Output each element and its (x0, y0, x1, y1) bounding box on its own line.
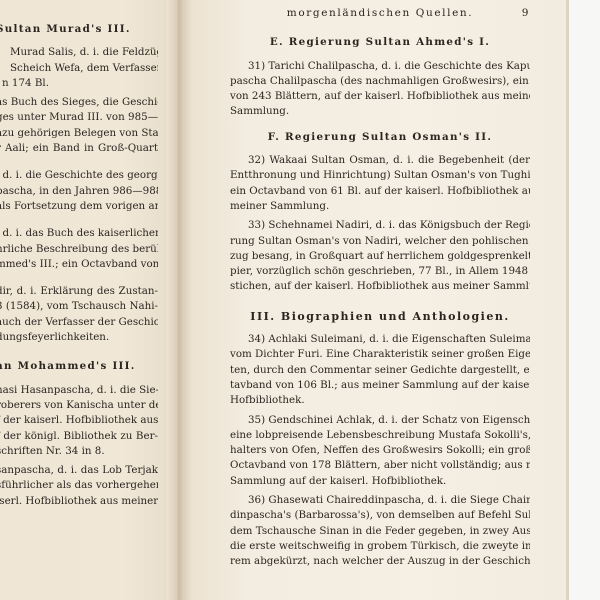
entry: as Buch des Sieges, die Geschich- ges un… (0, 95, 158, 156)
background (568, 0, 600, 600)
entry: Murad Salis, d. i. die Feldzüge Scheich … (0, 45, 158, 91)
text-line: ges unter Murad III. von 985— (0, 110, 158, 125)
text-line: Scheich Wefa, dem Verfasser des (0, 61, 158, 76)
entry-35: 35) Gendschinei Achlak, d. i. der Schatz… (230, 413, 530, 489)
text-line: als Fortsetzung dem vorigen an; (0, 199, 158, 214)
entry: sanpascha, d. i. das Lob Terjak sführlic… (0, 463, 158, 509)
text-line: n 174 Bl. (0, 76, 158, 91)
text-line: pier, vorzüglich schön geschrieben, 77 B… (230, 264, 530, 279)
entry-31: 31) Tarichi Chalilpascha, d. i. die Gesc… (230, 59, 530, 120)
text-line: Octavband von 178 Blättern, aber nicht v… (230, 458, 530, 473)
text-line: dinpascha's (Barbarossa's), von demselbe… (230, 508, 530, 523)
text-line: Entthronung und Hinrichtung) Sultan Osma… (230, 168, 530, 183)
text-line: sführlicher als das vorhergehende, (0, 478, 158, 493)
text-line: 36) Ghasewati Chaireddinpascha, d. i. di… (230, 493, 530, 508)
section-heading: E. Regierung Sultan Ahmed's I. (230, 35, 530, 50)
entry-36: 36) Ghasewati Chaireddinpascha, d. i. di… (230, 493, 530, 569)
entry: dir, d. i. Erklärung des Zustan- 3 (1584… (0, 284, 158, 345)
text-line: f der königl. Bibliothek zu Ber- (0, 429, 158, 444)
entry-32: 32) Wakaai Sultan Osman, d. i. die Begeb… (230, 153, 530, 214)
text-line: Hofbibliothek. (230, 393, 530, 408)
text-line: meiner Sammlung. (230, 199, 530, 214)
section-heading: Sultan Murad's III. (0, 22, 158, 37)
text-line: , d. i. die Geschichte des georgi- (0, 168, 158, 183)
text-line: 32) Wakaai Sultan Osman, d. i. die Begeb… (230, 153, 530, 168)
text-line: pascha Chalilpascha (des nachmahligen Gr… (230, 74, 530, 89)
text-line: mmed's III.; ein Octavband von (0, 257, 158, 272)
text-line: 31) Tarichi Chalilpascha, d. i. die Gesc… (230, 59, 530, 74)
text-line: dungsfeyerlichkeiten. (0, 330, 158, 345)
text-line: sanpascha, d. i. das Lob Terjak (0, 463, 158, 478)
text-line: von 243 Blättern, auf der kaiserl. Hofbi… (230, 89, 530, 104)
text-line: f der kaiserl. Hofbibliothek aus (0, 413, 158, 428)
text-line: , d. i. das Buch des kaiserlichen (0, 226, 158, 241)
page-number: 9 (522, 6, 530, 21)
running-head-title: morgenländischen Quellen. (287, 7, 473, 19)
text-line: r Aali; ein Band in Groß-Quart (0, 141, 158, 156)
text-line: ten, durch den Commentar seiner Gedichte… (230, 363, 530, 378)
text-line: rem abgekürzt, nach welcher der Auszug i… (230, 554, 530, 569)
text-line: 34) Achlaki Suleimani, d. i. die Eigensc… (230, 332, 530, 347)
text-line: eine lobpreisende Lebensbeschreibung Mus… (230, 428, 530, 443)
text-line: dir, d. i. Erklärung des Zustan- (0, 284, 158, 299)
text-line: hasi Hasanpascha, d. i. die Sie- (0, 383, 158, 398)
text-line: schriften Nr. 34 in 8. (0, 444, 158, 459)
book-gutter (178, 0, 192, 600)
text-line: pascha, in den Jahren 986—988 (0, 184, 158, 199)
entry-33: 33) Schehnamei Nadiri, d. i. das Königsb… (230, 218, 530, 294)
text-line: auch der Verfasser der Geschichte (0, 315, 158, 330)
right-page-text: morgenländischen Quellen. 9 E. Regierung… (230, 6, 530, 574)
text-line: 35) Gendschinei Achlak, d. i. der Schatz… (230, 413, 530, 428)
entry-34: 34) Achlaki Suleimani, d. i. die Eigensc… (230, 332, 530, 408)
text-line: roberers von Kanischa unter dem (0, 398, 158, 413)
text-line: ein Octavband von 61 Bl. auf der kaiserl… (230, 184, 530, 199)
text-line: azu gehörigen Belegen von Staats- (0, 126, 158, 141)
entry: , d. i. das Buch des kaiserlichen hrlich… (0, 226, 158, 272)
text-line: zug besang, in Großquart auf herrlichem … (230, 249, 530, 264)
section-heading: an Mohammed's III. (0, 359, 158, 374)
text-line: Sammlung auf der kaiserl. Hofbibliothek. (230, 474, 530, 489)
text-line: vom Dichter Furi. Eine Charakteristik se… (230, 347, 530, 362)
section-heading: F. Regierung Sultan Osman's II. (230, 130, 530, 145)
running-header: morgenländischen Quellen. 9 (230, 6, 530, 21)
text-line: die erste weitschweifig in grobem Türkis… (230, 539, 530, 554)
left-page-text: Sultan Murad's III. Murad Salis, d. i. d… (0, 14, 158, 513)
entry: hasi Hasanpascha, d. i. die Sie- roberer… (0, 383, 158, 459)
entry: , d. i. die Geschichte des georgi- pasch… (0, 168, 158, 214)
text-line: stichen, auf der kaiserl. Hofbibliothek … (230, 279, 530, 294)
text-line: 33) Schehnamei Nadiri, d. i. das Königsb… (230, 218, 530, 233)
text-line: iserl. Hofbibliothek aus meiner (0, 494, 158, 509)
text-line: rung Sultan Osman's von Nadiri, welcher … (230, 234, 530, 249)
chapter-heading: III. Biographien und Anthologien. (230, 309, 530, 324)
text-line: Sammlung. (230, 104, 530, 119)
text-line: Murad Salis, d. i. die Feldzüge (0, 45, 158, 60)
text-line: hrliche Beschreibung des berühm- (0, 242, 158, 257)
text-line: 3 (1584), vom Tschausch Nahi- (0, 299, 158, 314)
text-line: tavband von 106 Bl.; aus meiner Sammlung… (230, 378, 530, 393)
text-line: dem Tschausche Sinan in die Feder gegebe… (230, 524, 530, 539)
text-line: as Buch des Sieges, die Geschich- (0, 95, 158, 110)
right-page-edge (566, 0, 569, 600)
text-line: halters von Ofen, Neffen des Großwesirs … (230, 443, 530, 458)
